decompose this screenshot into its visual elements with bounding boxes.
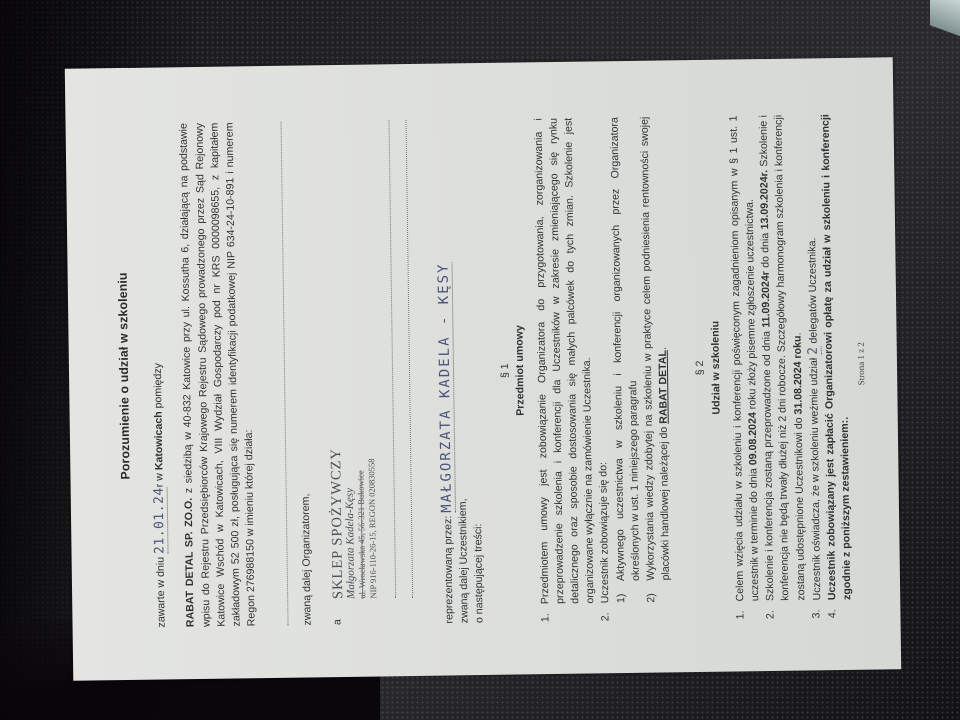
list-item: 1. Przedmiotem umowy jest zobowiązanie O… bbox=[531, 117, 599, 622]
handwritten-representative: MAŁGORZATA KADELA - KĘSY bbox=[436, 262, 456, 512]
sub-list-item: 2) Wykorzystania wiedzy zdobytej na szko… bbox=[638, 116, 675, 602]
organizer-called: zwaną dalej Organizatorem, bbox=[294, 121, 316, 625]
organizer-paragraph: RABAT DETAL SP. ZO.O. z siedzibą w 40-83… bbox=[177, 122, 260, 627]
section-1-list: 1. Przedmiotem umowy jest zobowiązanie O… bbox=[531, 116, 675, 622]
participant-block: a SKLEP SPOŻYWCZY Małgorzata Kadela-Kęsy… bbox=[323, 120, 415, 625]
participant-stamp: SKLEP SPOŻYWCZY Małgorzata Kadela-Kęsy u… bbox=[323, 121, 379, 600]
organizer-name: RABAT DETAL SP. ZO.O. bbox=[183, 498, 197, 627]
background-corner bbox=[930, 0, 960, 40]
date-line: zawarte w dniu 21.01.24r w Katowicach po… bbox=[147, 123, 170, 627]
handwritten-date: 21.01.24 bbox=[152, 487, 169, 554]
list-item: 2. Uczestnik zobowiązuje się do: 1) Akty… bbox=[592, 116, 675, 621]
section-2-list: 1. Celem wzięcia udziału w szkoleniu i k… bbox=[726, 114, 856, 620]
list-item: 2. Szkolenie i konferencja zostaną przep… bbox=[757, 115, 810, 620]
document-title: Porozumienie o udział w szkoleniu bbox=[114, 124, 136, 628]
handwritten-delegate-count: 2 bbox=[806, 346, 822, 355]
document-page: Porozumienie o udział w szkoleniu zawart… bbox=[65, 57, 901, 681]
signature-line bbox=[267, 122, 289, 626]
